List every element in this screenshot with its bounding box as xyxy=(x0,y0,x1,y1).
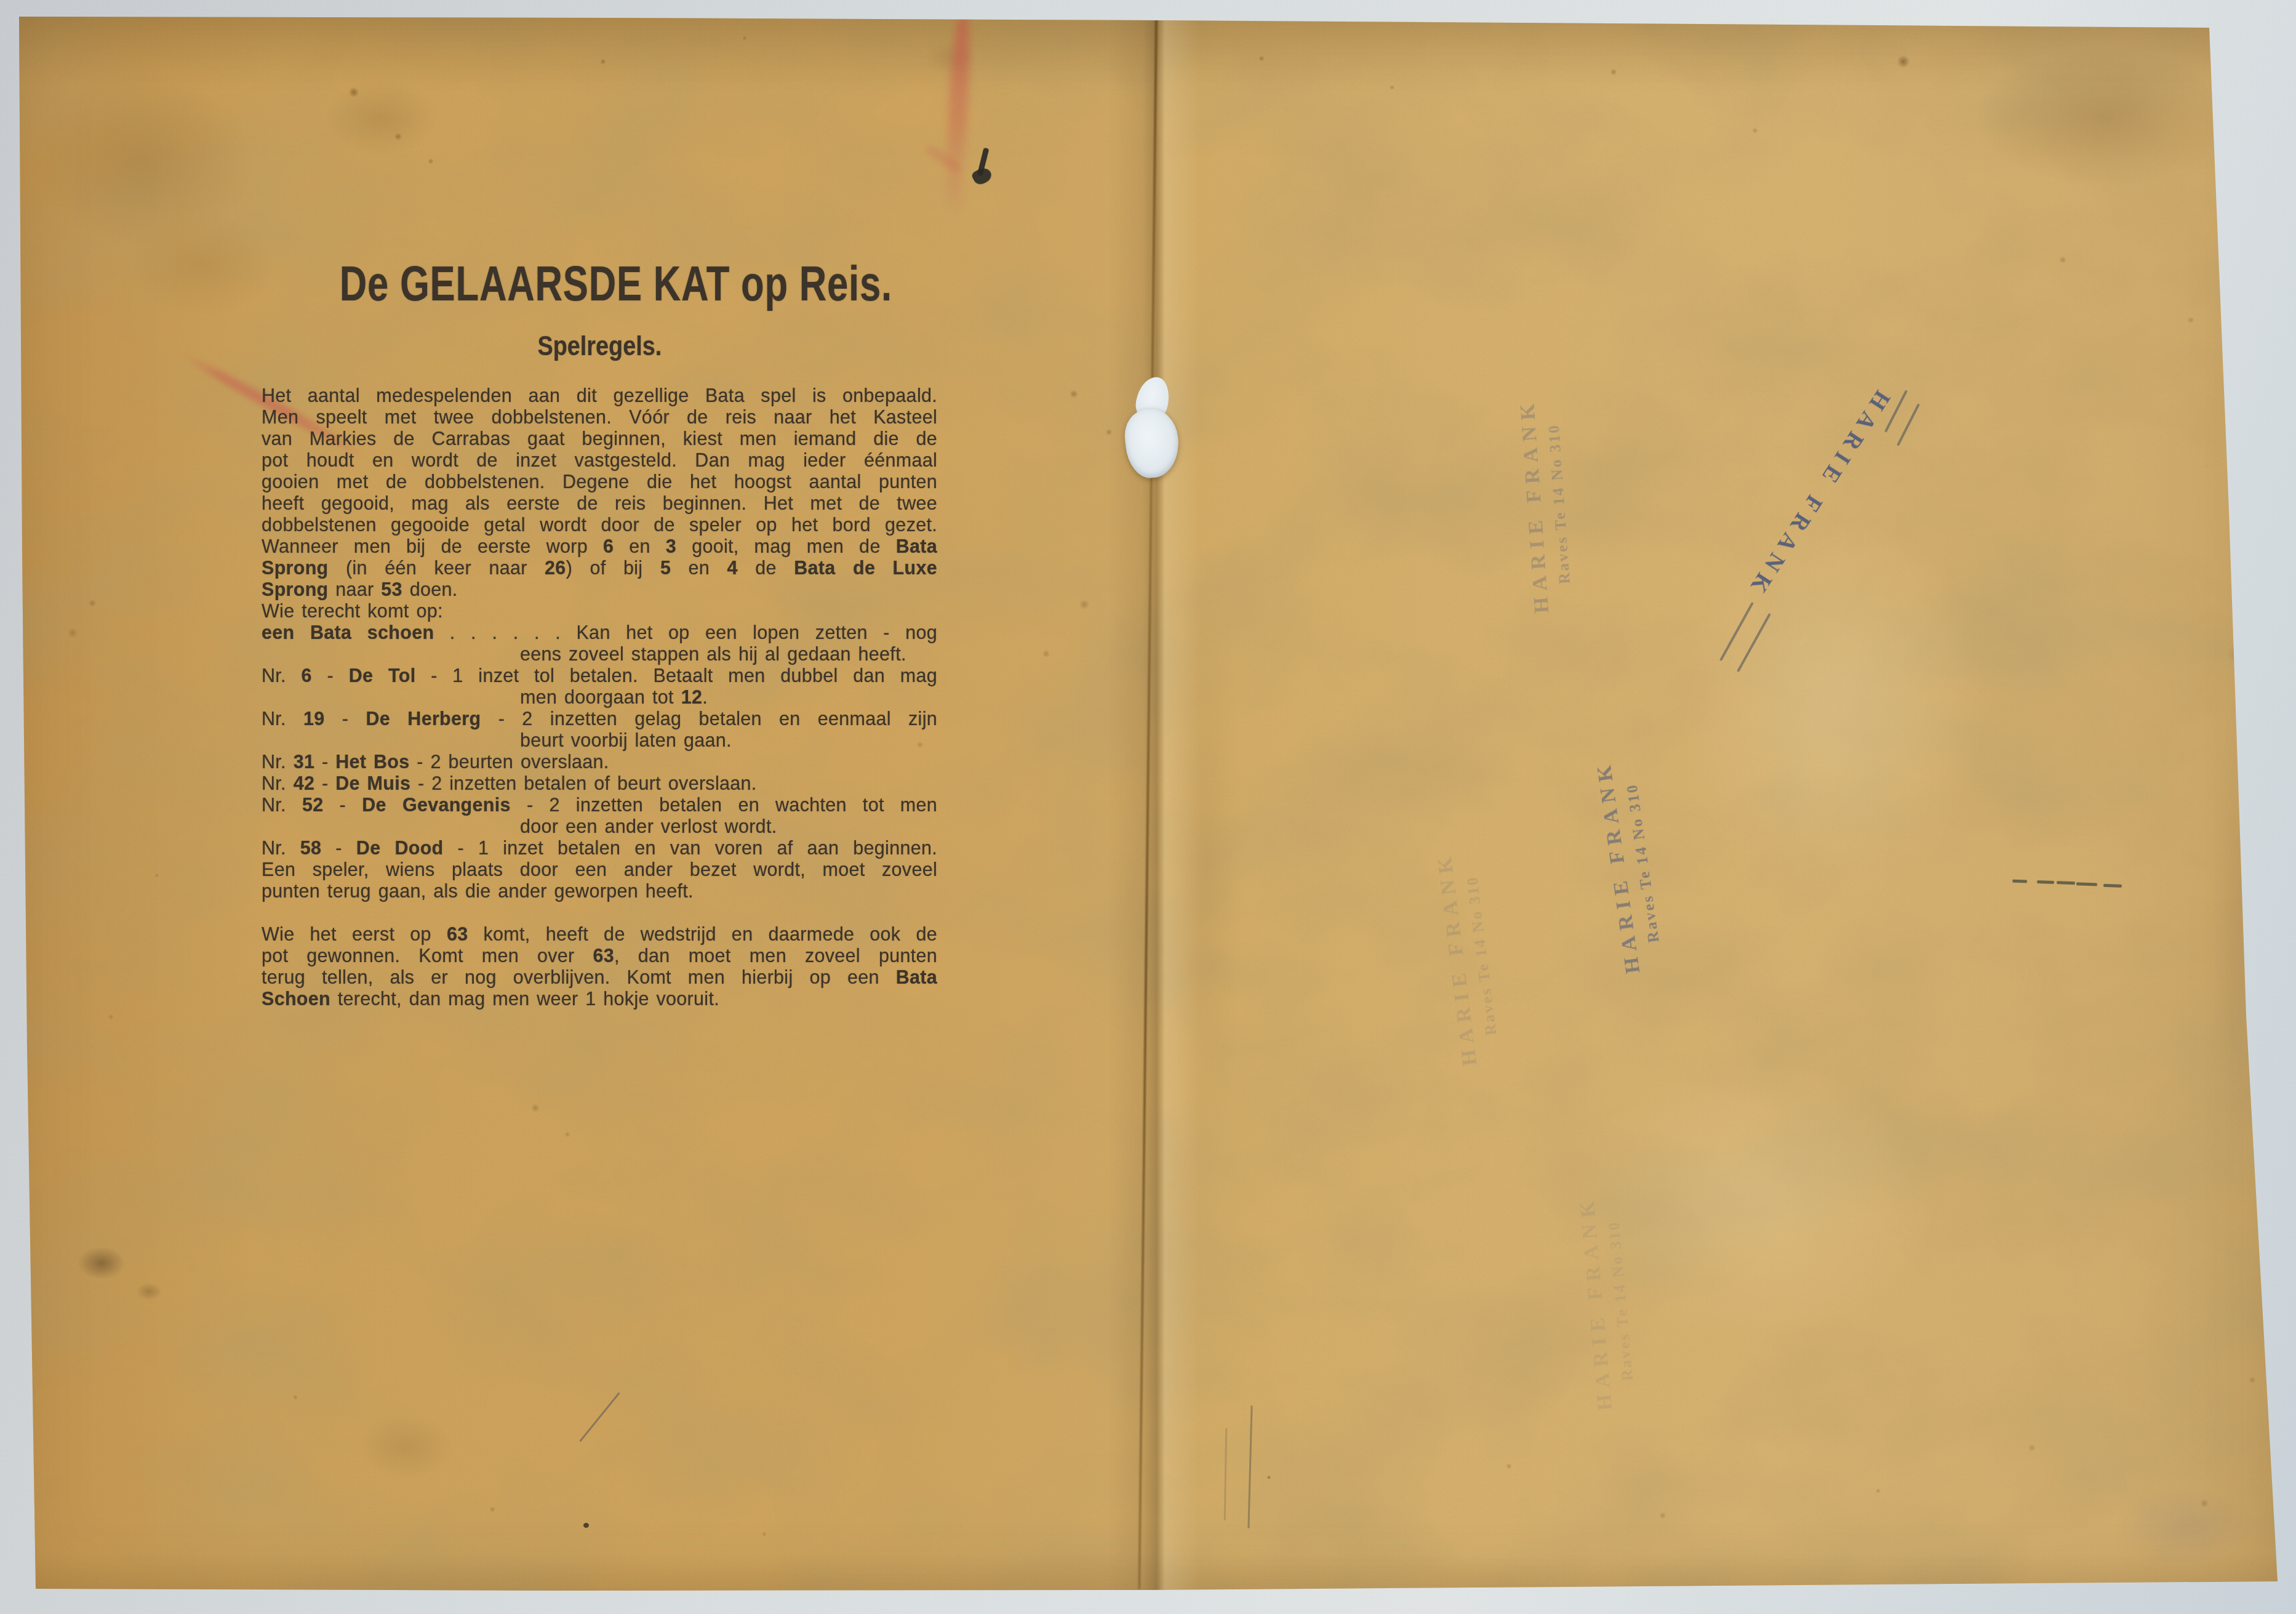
rules-line: men doorgaan tot 12. xyxy=(262,687,937,709)
rules-line: eens zoveel stappen als hij al gedaan he… xyxy=(262,644,937,665)
rules-line: Schoen terecht, dan mag men weer 1 hokje… xyxy=(262,989,937,1010)
rules-line: heeft gegooid, mag als eerste de reis be… xyxy=(262,493,937,515)
rules-text: Het aantal medespelenden aan dit gezelli… xyxy=(262,385,937,1010)
rules-line: dobbelstenen gegooide getal wordt door d… xyxy=(262,515,937,536)
rules-line: Het aantal medespelenden aan dit gezelli… xyxy=(262,385,937,407)
rules-line: Nr. 19 - De Herberg - 2 inzetten gelag b… xyxy=(262,709,937,730)
rules-line: Wie terecht komt op: xyxy=(262,601,937,622)
rules-line: punten terug gaan, als die ander geworpe… xyxy=(262,881,937,902)
rules-line: Nr. 31 - Het Bos - 2 beurten overslaan. xyxy=(262,752,937,773)
rules-line: Nr. 58 - De Dood - 1 inzet betalen en va… xyxy=(262,838,937,859)
rules-line: pot gewonnen. Komt men over 63, dan moet… xyxy=(262,946,937,967)
page-title: De GELAARSDE KAT op Reis. xyxy=(262,255,937,312)
page-title-text: De GELAARSDE KAT op Reis. xyxy=(340,255,892,312)
ink-dot xyxy=(583,1523,589,1528)
rules-line xyxy=(262,902,937,924)
rules-line: Nr. 52 - De Gevangenis - 2 inzetten beta… xyxy=(262,795,937,816)
rules-line: Men speelt met twee dobbelstenen. Vóór d… xyxy=(262,407,937,428)
rules-line: een Bata schoen . . . . . . Kan het op e… xyxy=(262,622,937,644)
rules-line: Sprong naar 53 doen. xyxy=(262,579,937,601)
rules-line: Sprong (in één keer naar 26) of bij 5 en… xyxy=(262,558,937,579)
rules-line: gooien met de dobbelstenen. Degene die h… xyxy=(262,472,937,493)
rules-line: Wie het eerst op 63 komt, heeft de wedst… xyxy=(262,924,937,946)
folded-game-rules-sheet: HARIE FRANK Raves Te 14 No 310 HARIE FRA… xyxy=(0,0,2296,1614)
page-subtitle: Spelregels. xyxy=(262,331,937,362)
rules-line: Nr. 42 - De Muis - 2 inzetten betalen of… xyxy=(262,773,937,795)
page-subtitle-text: Spelregels. xyxy=(537,331,662,362)
rules-line: beurt voorbij laten gaan. xyxy=(262,730,937,752)
rules-line: pot houdt en wordt de inzet vastgesteld.… xyxy=(262,450,937,472)
rules-line: Wanneer men bij de eerste worp 6 en 3 go… xyxy=(262,536,937,558)
rules-line: Een speler, wiens plaats door een ander … xyxy=(262,859,937,881)
rules-line: door een ander verlost wordt. xyxy=(262,816,937,838)
rules-line: Nr. 6 - De Tol - 1 inzet tol betalen. Be… xyxy=(262,665,937,687)
rules-line: terug tellen, als er nog overblijven. Ko… xyxy=(262,967,937,989)
rules-line: van Markies de Carrabas gaat beginnen, k… xyxy=(262,428,937,450)
